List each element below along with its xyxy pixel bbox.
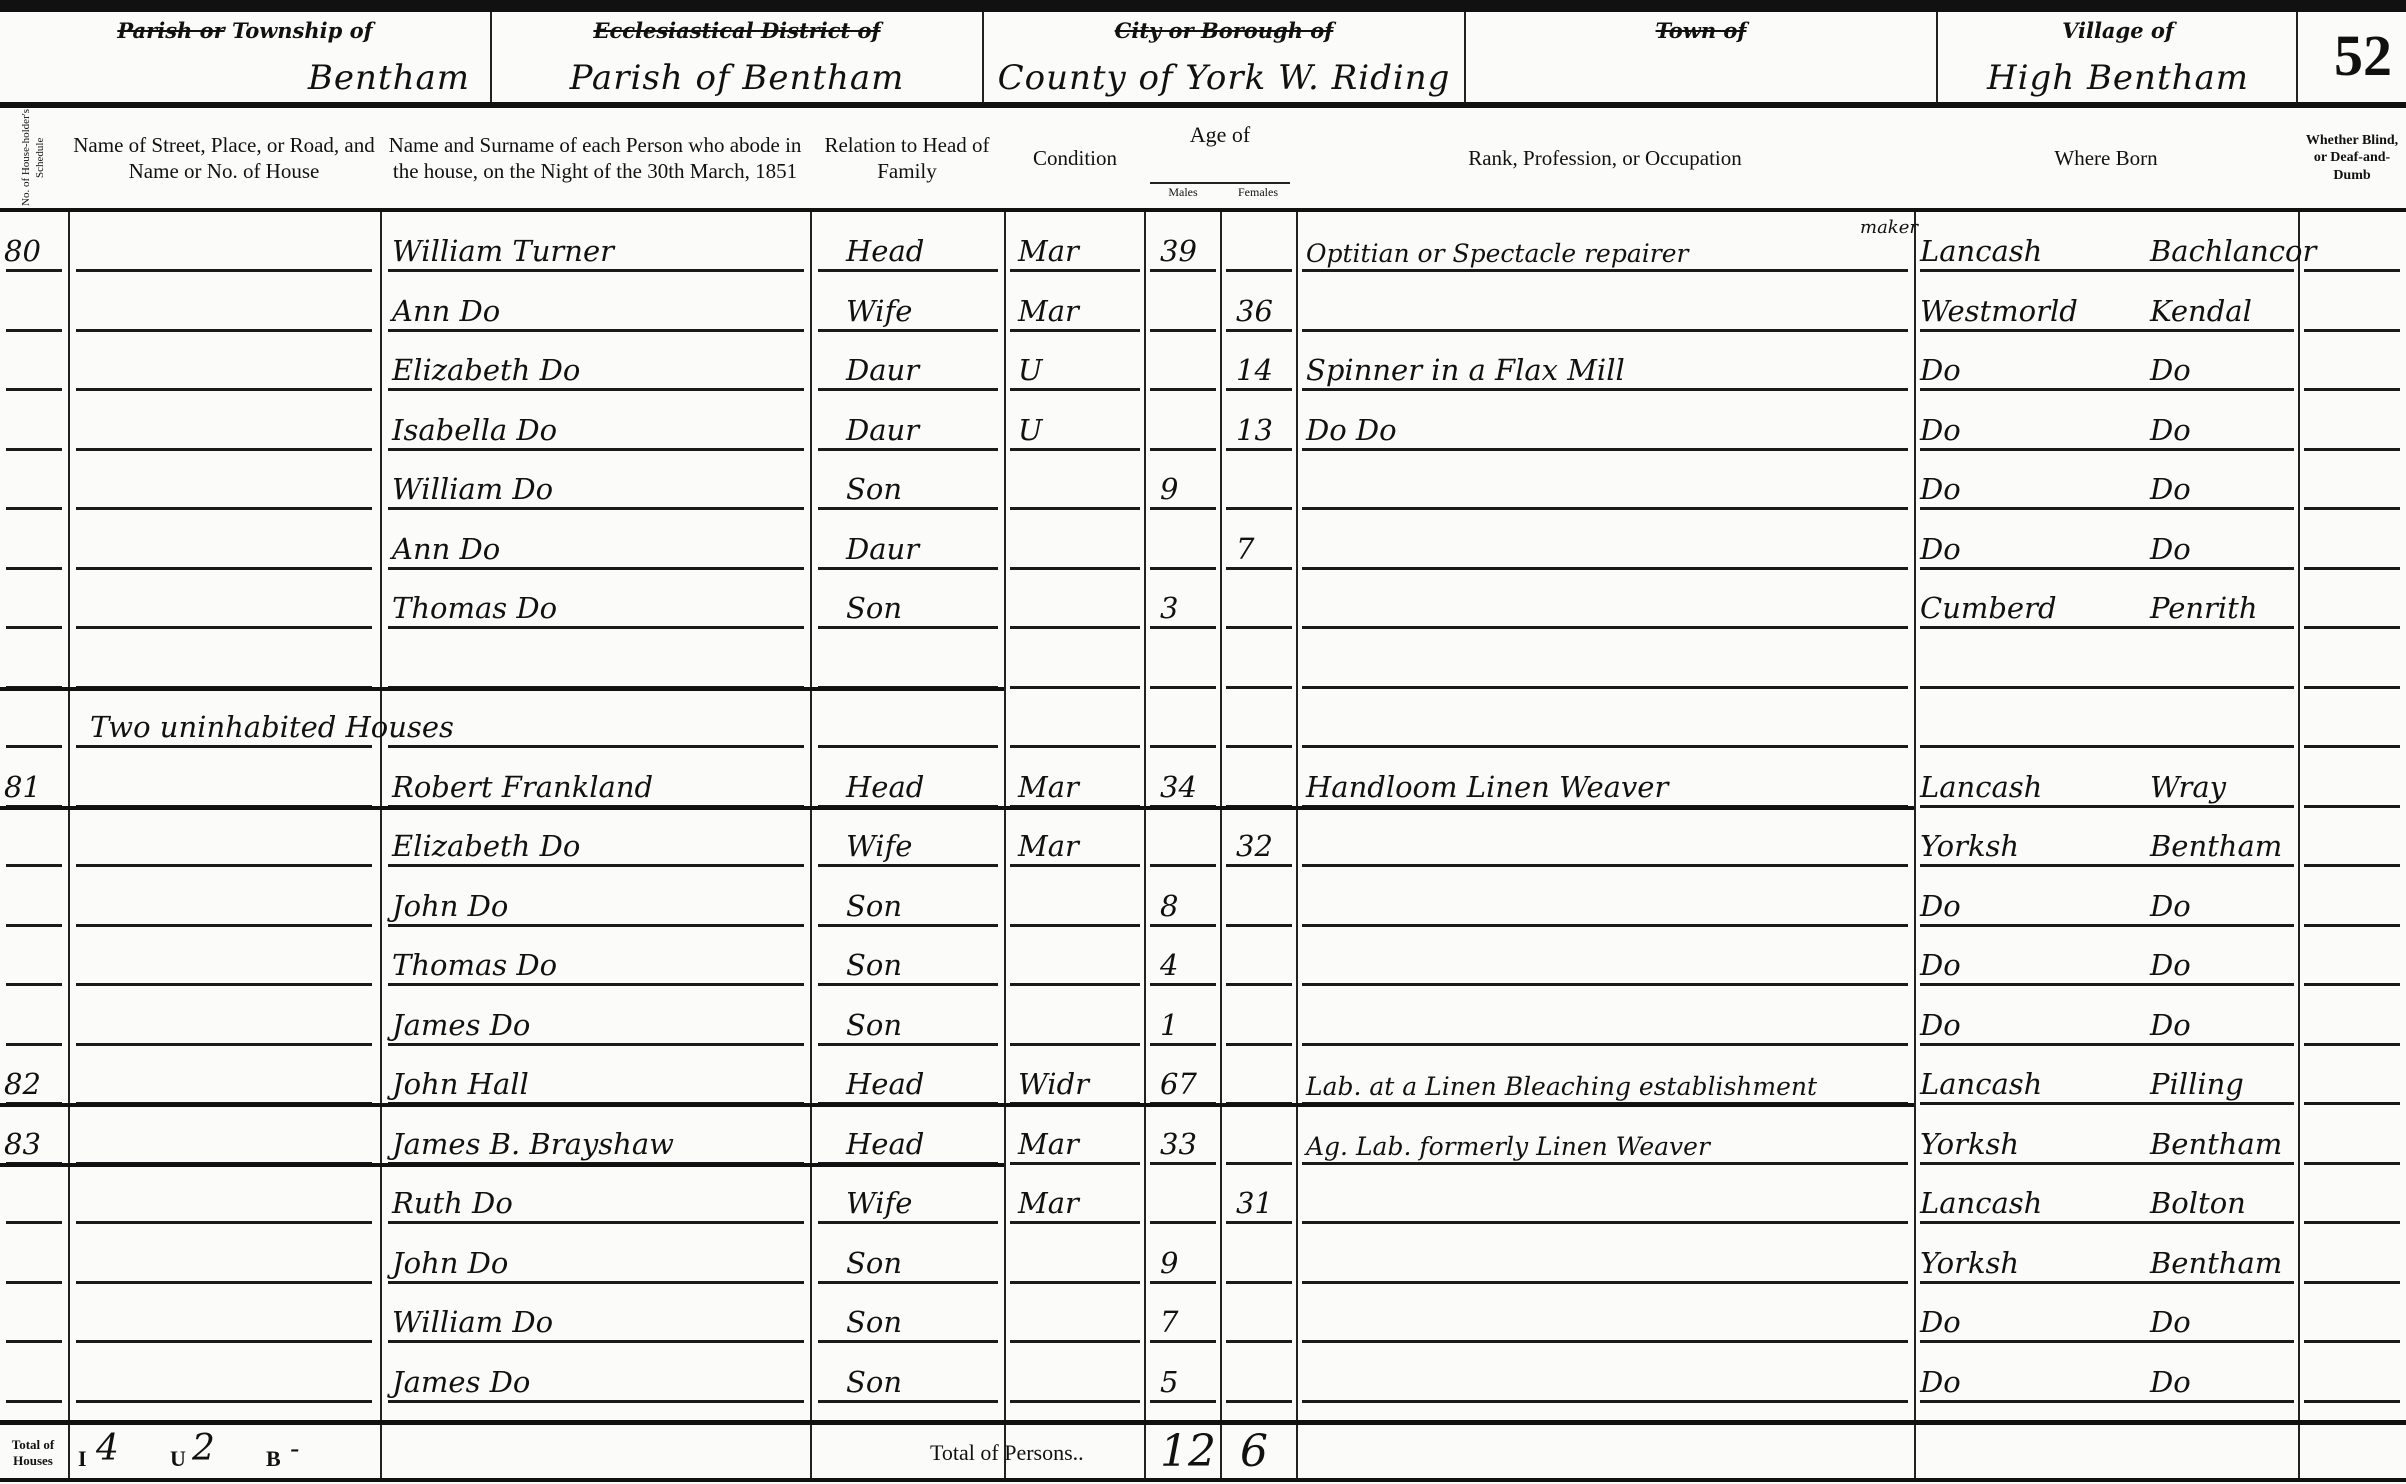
relation-cell: Head — [846, 1127, 924, 1161]
person-name: James Do — [392, 1365, 530, 1399]
table-row: Thomas DoSon4DoDo — [0, 928, 2406, 986]
male-age: 1 — [1160, 1008, 1178, 1042]
born-place: Do — [2150, 413, 2191, 447]
total-persons-label: Total of Persons.. — [930, 1440, 1084, 1466]
parish-label-struck: Parish or — [117, 18, 224, 43]
totals-rule — [0, 1420, 2406, 1425]
table-row: William DoSon9DoDo — [0, 452, 2406, 510]
born-county: Do — [1920, 413, 1961, 447]
female-age: 7 — [1236, 532, 1254, 566]
born-place: Do — [2150, 472, 2191, 506]
col-males: Males — [1146, 185, 1220, 200]
condition-cell: Mar — [1018, 1127, 1079, 1161]
relation-cell: Son — [846, 1008, 902, 1042]
household-separator — [0, 687, 1004, 691]
person-name: Ruth Do — [392, 1186, 513, 1220]
relation-cell: Daur — [846, 413, 919, 447]
col-street: Name of Street, Place, or Road, and Name… — [70, 108, 378, 208]
relation-cell: Head — [846, 1067, 924, 1101]
ecclesiastical-label: Ecclesiastical District of — [492, 18, 982, 43]
born-place: Bolton — [2150, 1186, 2246, 1220]
born-county: Do — [1920, 353, 1961, 387]
parish-label: Township of — [232, 18, 373, 43]
col-females: Females — [1222, 185, 1294, 200]
inhabited-count: 4 — [96, 1428, 119, 1469]
table-row: James DoSon1DoDo — [0, 988, 2406, 1046]
female-age: 32 — [1236, 829, 1273, 863]
born-place: Do — [2150, 532, 2191, 566]
table-row: 83James B. BrayshawHeadMar33Ag. Lab. for… — [0, 1107, 2406, 1165]
town-field: Town of — [1466, 12, 1936, 102]
col-where-born: Where Born — [1916, 108, 2296, 208]
relation-cell: Son — [846, 948, 902, 982]
parish-value: Bentham — [0, 58, 490, 98]
table-row: Ann DoDaur7DoDo — [0, 512, 2406, 570]
table-row: Thomas DoSon3CumberdPenrith — [0, 571, 2406, 629]
bottom-rule — [0, 1478, 2406, 1482]
household-separator — [0, 1103, 1914, 1107]
table-row: Ruth DoWifeMar31LancashBolton — [0, 1166, 2406, 1224]
relation-cell: Wife — [846, 1186, 912, 1220]
born-county: Lancash — [1920, 770, 2042, 804]
male-age: 3 — [1160, 591, 1178, 625]
person-name: William Do — [392, 472, 553, 506]
occupation-cell: Handloom Linen Weaver — [1306, 770, 1668, 804]
page-number: 52 — [2334, 22, 2392, 89]
born-place: Bachlancor — [2150, 234, 2316, 268]
condition-cell: Mar — [1018, 234, 1079, 268]
divider — [490, 12, 492, 104]
born-place: Bentham — [2150, 1246, 2282, 1280]
occupation-cell: Ag. Lab. formerly Linen Weaver — [1306, 1132, 1710, 1161]
person-name: Robert Frankland — [392, 770, 653, 804]
ecclesiastical-value: Parish of Bentham — [492, 58, 982, 98]
house-number: 80 — [4, 234, 41, 268]
occupation-cell: Do Do — [1306, 413, 1397, 447]
table-row: John DoSon9YorkshBentham — [0, 1226, 2406, 1284]
table-row: Elizabeth DoDaurU14Spinner in a Flax Mil… — [0, 333, 2406, 391]
building-label: B — [266, 1446, 281, 1472]
table-row — [0, 631, 2406, 689]
table-row: James DoSon5DoDo — [0, 1345, 2406, 1403]
relation-cell: Son — [846, 1365, 902, 1399]
ecclesiastical-field: Ecclesiastical District of Parish of Ben… — [492, 12, 982, 102]
occupation-insert-note: maker — [1860, 217, 1918, 238]
total-males: 12 — [1160, 1426, 1216, 1477]
house-number: 81 — [4, 770, 41, 804]
relation-cell: Daur — [846, 532, 919, 566]
census-page: Parish or Township of Bentham Ecclesiast… — [0, 0, 2406, 1484]
male-age: 39 — [1160, 234, 1197, 268]
table-row: Two uninhabited Houses — [0, 690, 2406, 748]
born-county: Do — [1920, 1305, 1961, 1339]
total-houses-label: Total of Houses — [2, 1424, 64, 1482]
person-name: Thomas Do — [392, 948, 557, 982]
city-value: County of York W. Riding — [984, 58, 1464, 98]
divider — [1936, 12, 1938, 104]
male-age: 8 — [1160, 889, 1178, 923]
occupation-cell: Spinner in a Flax Mill — [1306, 353, 1625, 387]
male-age: 34 — [1160, 770, 1197, 804]
table-row: 82John HallHeadWidr67Lab. at a Linen Ble… — [0, 1047, 2406, 1105]
house-number: 83 — [4, 1127, 41, 1161]
person-name: Elizabeth Do — [392, 829, 580, 863]
village-field: Village of High Bentham — [1938, 12, 2298, 102]
male-age: 33 — [1160, 1127, 1197, 1161]
born-county: Do — [1920, 472, 1961, 506]
top-border — [0, 0, 2406, 12]
born-county: Yorksh — [1920, 1246, 2019, 1280]
relation-cell: Son — [846, 1305, 902, 1339]
person-name: John Do — [392, 889, 508, 923]
born-county: Do — [1920, 1365, 1961, 1399]
house-number: 82 — [4, 1067, 41, 1101]
born-county: Do — [1920, 889, 1961, 923]
female-age: 13 — [1236, 413, 1273, 447]
condition-cell: U — [1018, 353, 1042, 387]
relation-cell: Son — [846, 1246, 902, 1280]
born-county: Yorksh — [1920, 829, 2019, 863]
born-place: Do — [2150, 1008, 2191, 1042]
born-place: Penrith — [2150, 591, 2258, 625]
condition-cell: Mar — [1018, 294, 1079, 328]
city-label: City or Borough of — [984, 18, 1464, 43]
person-name: Ann Do — [392, 532, 500, 566]
total-females: 6 — [1240, 1426, 1268, 1477]
born-place: Wray — [2150, 770, 2226, 804]
col-age: Age of Males Females — [1146, 108, 1294, 208]
table-row: Isabella DoDaurU13Do DoDoDo — [0, 393, 2406, 451]
male-age: 7 — [1160, 1305, 1178, 1339]
born-county: Do — [1920, 948, 1961, 982]
born-place: Do — [2150, 1305, 2191, 1339]
born-place: Do — [2150, 1365, 2191, 1399]
born-county: Lancash — [1920, 1067, 2042, 1101]
born-county: Do — [1920, 1008, 1961, 1042]
person-name: John Do — [392, 1246, 508, 1280]
condition-cell: Mar — [1018, 1186, 1079, 1220]
village-label: Village of — [1938, 18, 2298, 43]
female-age: 14 — [1236, 353, 1273, 387]
relation-cell: Son — [846, 889, 902, 923]
born-county: Yorksh — [1920, 1127, 2019, 1161]
relation-cell: Head — [846, 770, 924, 804]
male-age: 9 — [1160, 1246, 1178, 1280]
table-row: Elizabeth DoWifeMar32YorkshBentham — [0, 809, 2406, 867]
person-name: Isabella Do — [392, 413, 557, 447]
condition-cell: Mar — [1018, 829, 1079, 863]
village-value: High Bentham — [1938, 58, 2298, 98]
person-name: William Turner — [392, 234, 614, 268]
relation-cell: Wife — [846, 829, 912, 863]
occupation-cell: Lab. at a Linen Bleaching establishment — [1306, 1072, 1817, 1101]
table-row: Ann DoWifeMar36WestmorldKendal — [0, 274, 2406, 332]
male-age: 9 — [1160, 472, 1178, 506]
born-place: Do — [2150, 353, 2191, 387]
relation-cell: Wife — [846, 294, 912, 328]
person-name: Thomas Do — [392, 591, 557, 625]
street-cell: Two uninhabited Houses — [90, 710, 454, 744]
parish-field: Parish or Township of Bentham — [0, 12, 490, 102]
table-row: John DoSon8DoDo — [0, 869, 2406, 927]
col-name: Name and Surname of each Person who abod… — [382, 108, 808, 208]
col-occupation: Rank, Profession, or Occupation — [1298, 108, 1912, 208]
col-relation: Relation to Head of Family — [812, 108, 1002, 208]
born-county: Do — [1920, 532, 1961, 566]
uninhabited-label: U — [170, 1446, 186, 1472]
household-separator — [0, 806, 1914, 810]
occupation-cell: Optitian or Spectacle repairer — [1306, 239, 1688, 268]
col-condition: Condition — [1006, 108, 1144, 208]
relation-cell: Son — [846, 591, 902, 625]
relation-cell: Daur — [846, 353, 919, 387]
born-place: Pilling — [2150, 1067, 2244, 1101]
born-place: Do — [2150, 948, 2191, 982]
town-label: Town of — [1466, 18, 1936, 43]
table-row: 81Robert FranklandHeadMar34Handloom Line… — [0, 750, 2406, 808]
person-name: William Do — [392, 1305, 553, 1339]
condition-cell: Widr — [1018, 1067, 1089, 1101]
female-age: 36 — [1236, 294, 1273, 328]
born-place: Bentham — [2150, 829, 2282, 863]
male-age: 67 — [1160, 1067, 1197, 1101]
city-field: City or Borough of County of York W. Rid… — [984, 12, 1464, 102]
divider — [1464, 12, 1466, 104]
person-name: Elizabeth Do — [392, 353, 580, 387]
inhabited-label: I — [78, 1446, 87, 1472]
born-county: Westmorld — [1920, 294, 2078, 328]
relation-cell: Head — [846, 234, 924, 268]
person-name: John Hall — [392, 1067, 529, 1101]
household-separator — [0, 1163, 1004, 1167]
header-rule — [0, 208, 2406, 212]
table-row: 80William TurnerHeadMar39Optitian or Spe… — [0, 214, 2406, 272]
uninhabited-count: 2 — [192, 1428, 215, 1469]
male-age: 5 — [1160, 1365, 1178, 1399]
person-name: James Do — [392, 1008, 530, 1042]
person-name: James B. Brayshaw — [392, 1127, 674, 1161]
table-row: William DoSon7DoDo — [0, 1285, 2406, 1343]
person-name: Ann Do — [392, 294, 500, 328]
col-house-no: No. of House-holder's Schedule — [2, 108, 66, 208]
relation-cell: Son — [846, 472, 902, 506]
born-place: Bentham — [2150, 1127, 2282, 1161]
born-place: Do — [2150, 889, 2191, 923]
building-count: - — [290, 1432, 299, 1465]
col-blind: Whether Blind, or Deaf-and-Dumb — [2300, 108, 2404, 208]
male-age: 4 — [1160, 948, 1178, 982]
born-county: Cumberd — [1920, 591, 2057, 625]
born-county: Lancash — [1920, 234, 2042, 268]
condition-cell: Mar — [1018, 770, 1079, 804]
condition-cell: U — [1018, 413, 1042, 447]
divider — [982, 12, 984, 104]
born-county: Lancash — [1920, 1186, 2042, 1220]
divider — [2296, 12, 2298, 104]
born-place: Kendal — [2150, 294, 2252, 328]
female-age: 31 — [1236, 1186, 1273, 1220]
